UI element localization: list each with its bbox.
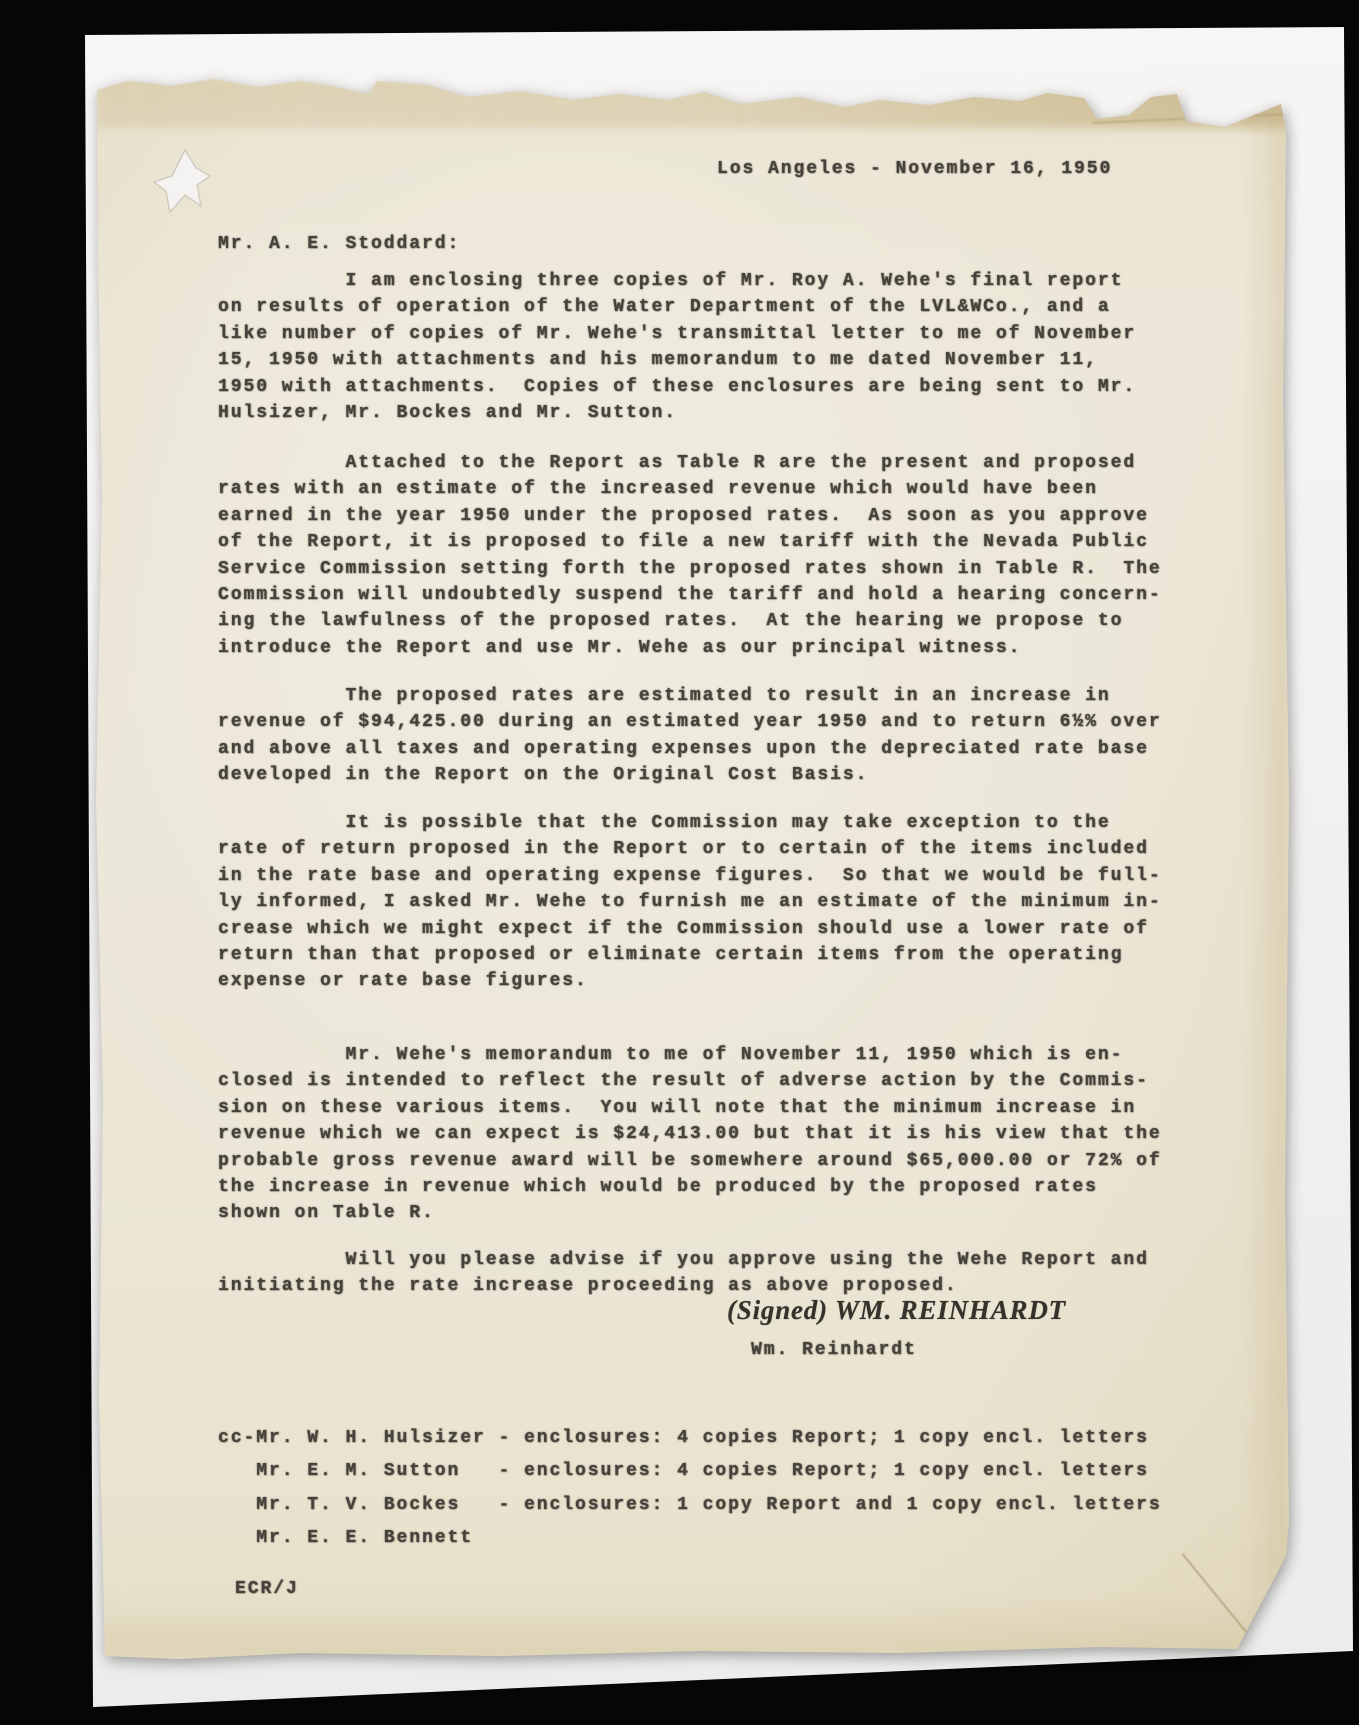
signature-typed-name: Wm. Reinhardt <box>751 1337 917 1363</box>
signature-stamp: (Signed) WM. REINHARDT <box>727 1295 1066 1326</box>
paragraph-4: It is possible that the Commission may t… <box>218 810 1162 995</box>
paragraph-3: The proposed rates are estimated to resu… <box>218 683 1162 789</box>
dateline: Los Angeles - November 16, 1950 <box>717 156 1112 182</box>
cc-list: cc-Mr. W. H. Hulsizer - enclosures: 4 co… <box>218 1422 1162 1556</box>
bottom-edge-shading <box>100 1596 1285 1658</box>
torn-hole <box>152 148 222 218</box>
paragraph-6: Will you please advise if you approve us… <box>218 1247 1149 1300</box>
paragraph-1: I am enclosing three copies of Mr. Roy A… <box>218 268 1136 426</box>
paragraph-5: Mr. Wehe's memorandum to me of November … <box>218 1042 1162 1227</box>
letter-paper-wrapper: Los Angeles - November 16, 1950 Mr. A. E… <box>0 0 1359 1725</box>
right-edge-shading <box>1243 95 1289 1640</box>
salutation: Mr. A. E. Stoddard: <box>218 231 460 257</box>
letter-paper: Los Angeles - November 16, 1950 Mr. A. E… <box>0 0 1359 1725</box>
reference-initials: ECR/J <box>235 1576 299 1602</box>
paragraph-2: Attached to the Report as Table R are th… <box>218 450 1162 661</box>
